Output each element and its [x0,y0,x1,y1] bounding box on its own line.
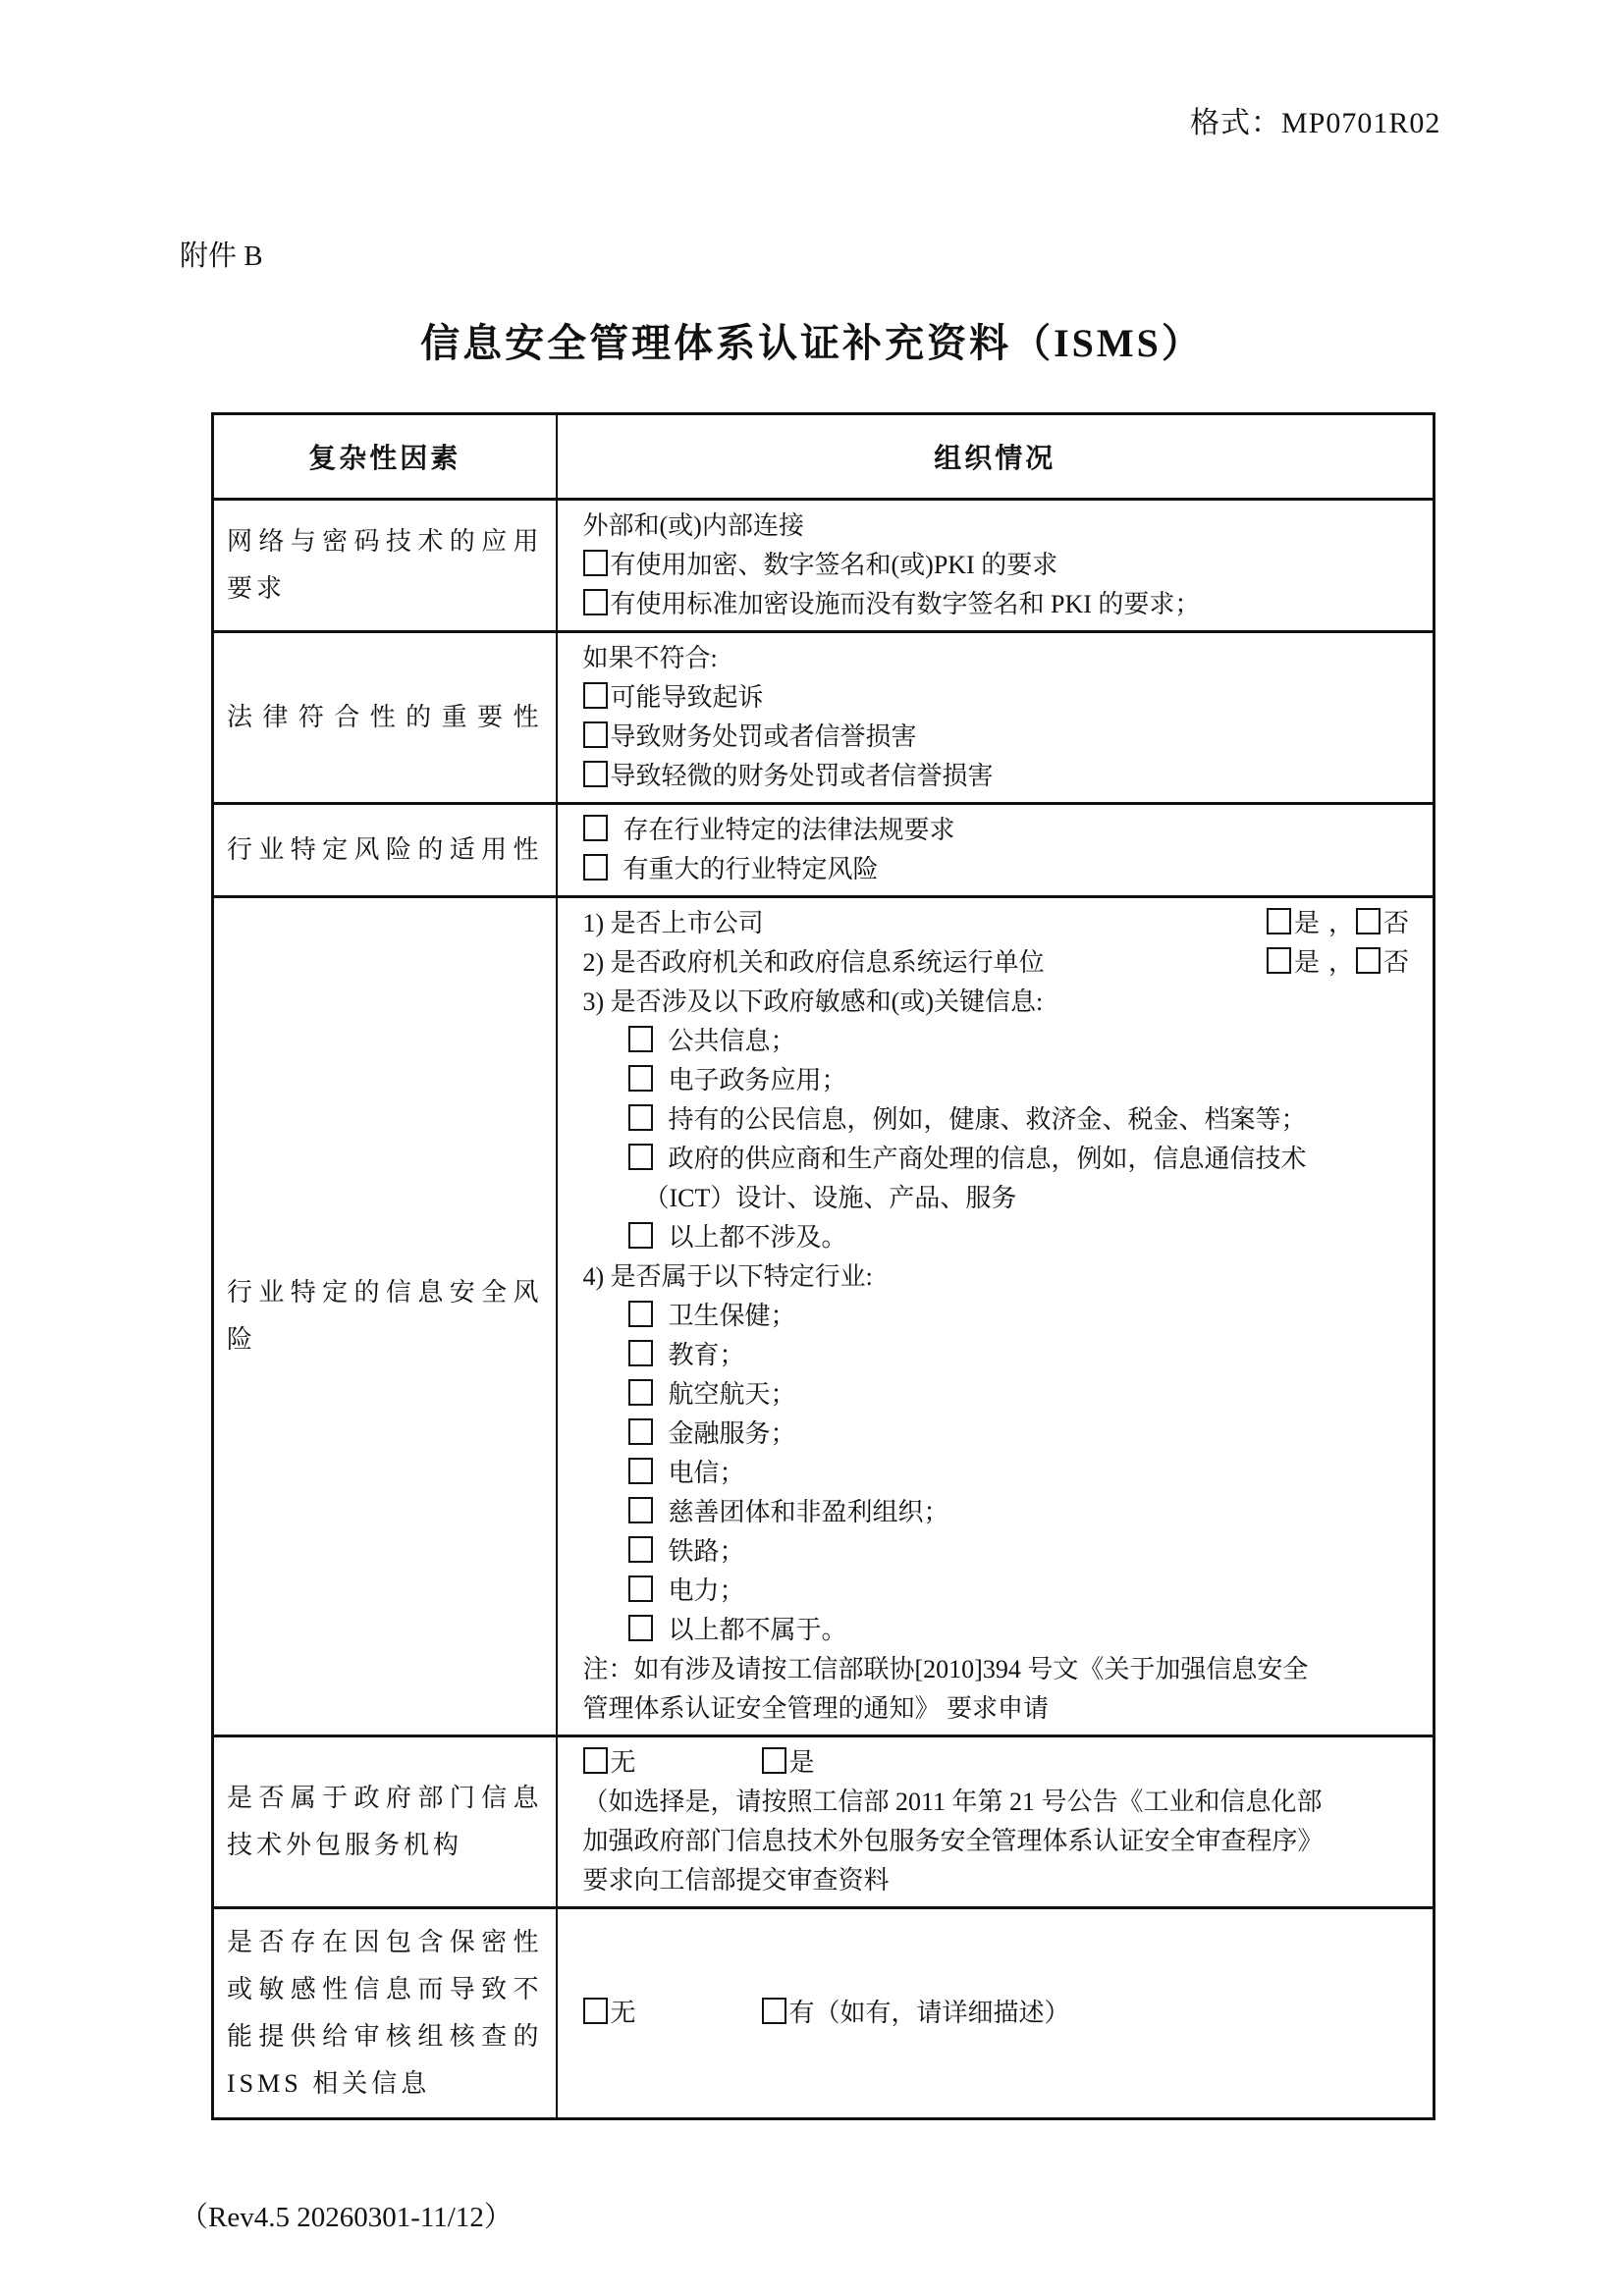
line-text: 有重大的行业特定风险 [623,855,879,883]
checkbox-icon[interactable] [583,589,608,615]
checkbox-option-line: 教育； [583,1336,1416,1375]
line-text: 加强政府部门信息技术外包服务安全管理体系认证安全审查程序》 [583,1827,1324,1855]
checkbox-option-line: 存在行业特定的法律法规要求 [583,811,1416,850]
line-text: （如选择是，请按照工信部 2011 年第 21 号公告《工业和信息化部 [583,1788,1323,1816]
checkbox-label: 无 [611,1999,636,2027]
text-line: （ICT）设计、设施、产品、服务 [583,1179,1416,1218]
line-text: 金融服务； [669,1419,796,1448]
checkbox-icon[interactable] [762,1998,786,2024]
checkbox-icon[interactable] [628,1104,653,1131]
line-text: 有使用加密、数字签名和(或)PKI 的要求 [611,551,1058,579]
checkbox-option-line: 政府的供应商和生产商处理的信息，例如，信息通信技术 [583,1140,1416,1179]
checkbox-icon[interactable] [1267,947,1291,974]
text-line: 要求向工信部提交审查资料 [583,1861,1416,1900]
checkbox-icon[interactable] [628,1379,653,1406]
checkbox-icon[interactable] [583,721,608,748]
checkbox-icon[interactable] [1356,947,1380,974]
checkbox-icon[interactable] [583,815,608,841]
table-row: 行业特定风险的适用性 存在行业特定的法律法规要求有重大的行业特定风险 [213,804,1435,897]
checkbox-icon[interactable] [628,1222,653,1249]
option-separator: ， [1328,909,1354,937]
checkbox-label: 是 [789,1748,815,1777]
checkbox-icon[interactable] [583,1747,608,1774]
checkbox-option-line: 公共信息； [583,1022,1416,1061]
line-text: 政府的供应商和生产商处理的信息，例如，信息通信技术 [669,1145,1307,1173]
line-text: 有使用标准加密设施而没有数字签名和 PKI 的要求； [611,590,1201,618]
complexity-table: 复杂性因素 组织情况 网络与密码技术的应用要求 外部和(或)内部连接有使用加密、… [211,412,1435,2120]
document-page: 格式：MP0701R02 附件 B 信息安全管理体系认证补充资料（ISMS） 复… [0,0,1624,2296]
line-text: （ICT）设计、设施、产品、服务 [644,1184,1017,1212]
row-label-gov-it-outsourcing: 是否属于政府部门信息技术外包服务机构 [213,1736,557,1908]
yes-no-options: 是，否 [1267,904,1415,943]
checkbox-pair-line: 无有（如有，请详细描述） [583,1994,1416,2033]
checkbox-option-line: 导致财务处罚或者信誉损害 [583,718,1416,757]
attachment-label: 附件 B [180,234,263,274]
line-text: 航空航天； [669,1380,796,1409]
line-text: 铁路； [669,1537,745,1566]
text-line: 4) 是否属于以下特定行业: [583,1257,1416,1297]
checkbox-option-line: 金融服务； [583,1415,1416,1454]
line-text: 管理体系认证安全管理的通知》 要求申请 [583,1694,1050,1723]
checkbox-option-line: 铁路； [583,1532,1416,1572]
line-text: 教育； [669,1341,745,1369]
row-content-confidential-info: 无有（如有，请详细描述） [557,1908,1435,2119]
table-row: 是否属于政府部门信息技术外包服务机构 无是（如选择是，请按照工信部 2011 年… [213,1736,1435,1908]
line-text: 卫生保健； [669,1302,796,1330]
row-content-sector-infosec-risk: 1) 是否上市公司是，否2) 是否政府机关和政府信息系统运行单位是，否3) 是否… [557,897,1435,1736]
row-content-sector-risk-applicability: 存在行业特定的法律法规要求有重大的行业特定风险 [557,804,1435,897]
row-label-network-crypto: 网络与密码技术的应用要求 [213,500,557,632]
yes-no-options: 是，否 [1267,943,1415,983]
line-text: 要求向工信部提交审查资料 [583,1866,890,1895]
text-line: 1) 是否上市公司是，否 [583,904,1416,943]
checkbox-option-line: 以上都不涉及。 [583,1218,1416,1257]
checkbox-option-line: 有重大的行业特定风险 [583,850,1416,889]
table-row: 网络与密码技术的应用要求 外部和(或)内部连接有使用加密、数字签名和(或)PKI… [213,500,1435,632]
checkbox-group: 无 [583,1994,762,2033]
checkbox-option-line: 电信； [583,1454,1416,1493]
checkbox-label: 否 [1383,948,1409,977]
checkbox-label: 无 [611,1748,636,1777]
checkbox-option-line: 航空航天； [583,1375,1416,1415]
line-text: 电力； [669,1576,745,1605]
row-label-sector-risk-applicability: 行业特定风险的适用性 [213,804,557,897]
checkbox-label: 有（如有，请详细描述） [789,1999,1070,2027]
checkbox-group: 有（如有，请详细描述） [762,1999,1070,2027]
checkbox-option-line: 持有的公民信息，例如，健康、救济金、税金、档案等； [583,1100,1416,1140]
line-text: 公共信息； [669,1027,796,1055]
text-line: 加强政府部门信息技术外包服务安全管理体系认证安全审查程序》 [583,1822,1416,1861]
line-text: 4) 是否属于以下特定行业: [583,1262,873,1291]
line-text: 以上都不涉及。 [669,1223,847,1252]
line-text: 慈善团体和非盈利组织； [669,1498,949,1526]
checkbox-icon[interactable] [583,682,608,709]
checkbox-icon[interactable] [1356,908,1380,934]
checkbox-icon[interactable] [628,1615,653,1641]
checkbox-option-line: 导致轻微的财务处罚或者信誉损害 [583,757,1416,796]
col-header-organization-situation: 组织情况 [557,414,1435,500]
row-label-sector-infosec-risk: 行业特定的信息安全风险 [213,897,557,1736]
checkbox-icon[interactable] [628,1065,653,1092]
text-line: 3) 是否涉及以下政府敏感和(或)关键信息: [583,983,1416,1022]
row-content-network-crypto: 外部和(或)内部连接有使用加密、数字签名和(或)PKI 的要求有使用标准加密设施… [557,500,1435,632]
text-line: 外部和(或)内部连接 [583,507,1416,546]
checkbox-option-line: 以上都不属于。 [583,1611,1416,1650]
checkbox-icon[interactable] [628,1458,653,1484]
table-row: 是否存在因包含保密性或敏感性信息而导致不能提供给审核组核查的 ISMS 相关信息… [213,1908,1435,2119]
checkbox-icon[interactable] [583,854,608,881]
row-label-legal-compliance: 法律符合性的重要性 [213,632,557,804]
col-header-complexity-factor: 复杂性因素 [213,414,557,500]
checkbox-icon[interactable] [628,1301,653,1327]
checkbox-option-line: 慈善团体和非盈利组织； [583,1493,1416,1532]
line-text: 电子政务应用； [669,1066,847,1095]
checkbox-icon[interactable] [628,1026,653,1052]
checkbox-option-line: 可能导致起诉 [583,678,1416,718]
checkbox-option-line: 卫生保健； [583,1297,1416,1336]
revision-footer: （Rev4.5 20260301-11/12） [180,2195,513,2235]
text-line: 如果不符合: [583,639,1416,678]
checkbox-icon[interactable] [762,1747,786,1774]
row-content-gov-it-outsourcing: 无是（如选择是，请按照工信部 2011 年第 21 号公告《工业和信息化部加强政… [557,1736,1435,1908]
checkbox-icon[interactable] [583,1998,608,2024]
line-text: 2) 是否政府机关和政府信息系统运行单位 [583,943,1045,983]
line-text: 外部和(或)内部连接 [583,511,804,540]
line-text: 以上都不属于。 [669,1616,847,1644]
line-text: 导致财务处罚或者信誉损害 [611,722,917,751]
line-text: 导致轻微的财务处罚或者信誉损害 [611,762,994,790]
checkbox-option-line: 电子政务应用； [583,1061,1416,1100]
line-text: 电信； [669,1459,745,1487]
line-text: 1) 是否上市公司 [583,904,764,943]
checkbox-icon[interactable] [628,1575,653,1602]
option-separator: ， [1328,948,1354,977]
checkbox-icon[interactable] [628,1418,653,1445]
checkbox-pair-line: 无是 [583,1743,1416,1783]
text-line: （如选择是，请按照工信部 2011 年第 21 号公告《工业和信息化部 [583,1783,1416,1822]
checkbox-option-line: 有使用标准加密设施而没有数字签名和 PKI 的要求； [583,585,1416,624]
table-row: 行业特定的信息安全风险 1) 是否上市公司是，否2) 是否政府机关和政府信息系统… [213,897,1435,1736]
checkbox-icon[interactable] [628,1497,653,1523]
table-header-row: 复杂性因素 组织情况 [213,414,1435,500]
table-row: 法律符合性的重要性 如果不符合:可能导致起诉导致财务处罚或者信誉损害导致轻微的财… [213,632,1435,804]
line-text: 注：如有涉及请按工信部联协[2010]394 号文《关于加强信息安全 [583,1655,1309,1683]
row-content-legal-compliance: 如果不符合:可能导致起诉导致财务处罚或者信誉损害导致轻微的财务处罚或者信誉损害 [557,632,1435,804]
page-title: 信息安全管理体系认证补充资料（ISMS） [0,312,1624,368]
checkbox-label: 否 [1383,909,1409,937]
checkbox-option-line: 有使用加密、数字签名和(或)PKI 的要求 [583,546,1416,585]
checkbox-icon[interactable] [628,1144,653,1170]
checkbox-icon[interactable] [583,761,608,787]
line-text: 存在行业特定的法律法规要求 [623,816,955,844]
text-line: 管理体系认证安全管理的通知》 要求申请 [583,1689,1416,1729]
checkbox-icon[interactable] [583,550,608,576]
checkbox-label: 是 [1294,909,1320,937]
checkbox-icon[interactable] [1267,908,1291,934]
checkbox-icon[interactable] [628,1340,653,1366]
line-text: 可能导致起诉 [611,683,764,712]
checkbox-group: 无 [583,1743,762,1783]
line-text: 如果不符合: [583,644,718,672]
checkbox-label: 是 [1294,948,1320,977]
checkbox-icon[interactable] [628,1536,653,1563]
checkbox-group: 是 [762,1748,815,1777]
row-label-confidential-info: 是否存在因包含保密性或敏感性信息而导致不能提供给审核组核查的 ISMS 相关信息 [213,1908,557,2119]
text-line: 注：如有涉及请按工信部联协[2010]394 号文《关于加强信息安全 [583,1650,1416,1689]
line-text: 3) 是否涉及以下政府敏感和(或)关键信息: [583,988,1044,1016]
checkbox-option-line: 电力； [583,1572,1416,1611]
text-line: 2) 是否政府机关和政府信息系统运行单位是，否 [583,943,1416,983]
line-text: 持有的公民信息，例如，健康、救济金、税金、档案等； [669,1105,1307,1134]
format-label: 格式：MP0701R02 [1190,98,1440,141]
